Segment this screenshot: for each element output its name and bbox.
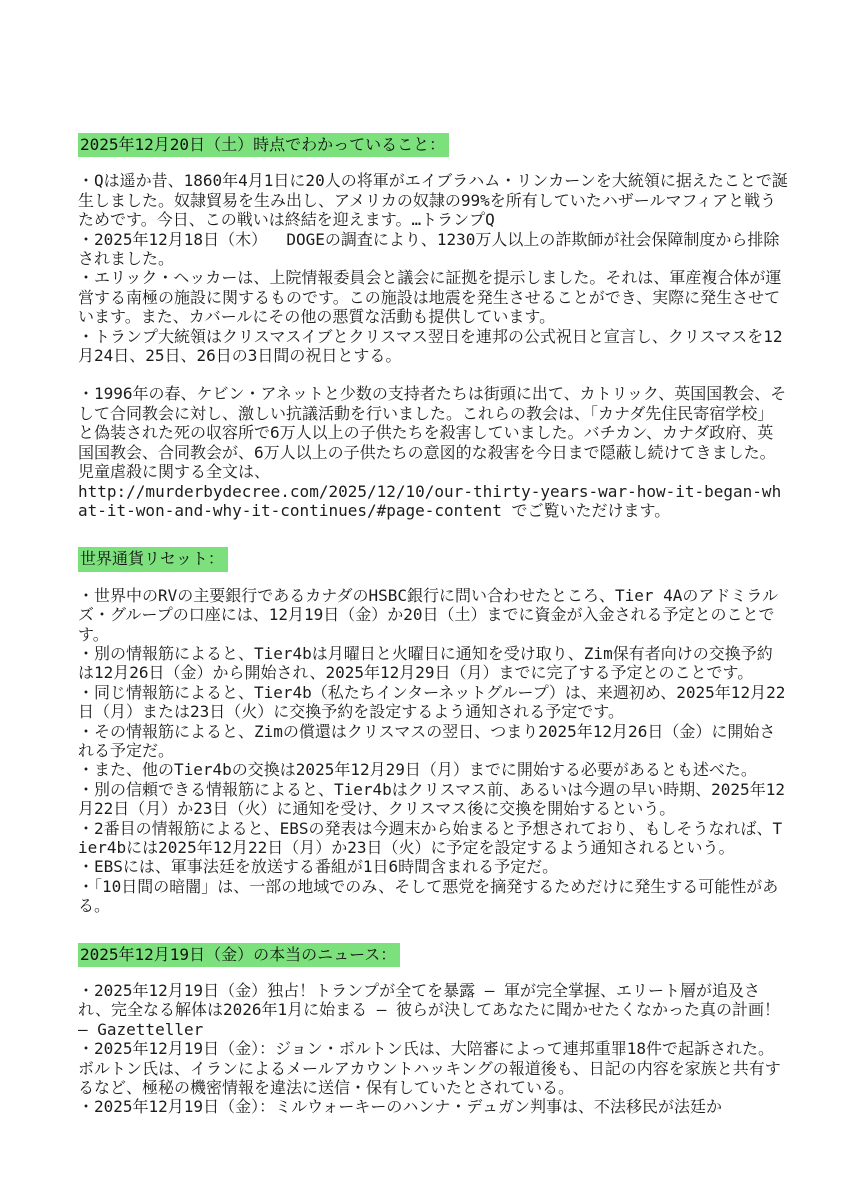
- bullet-item: ・2025年12月19日（金）独占！トランプが全てを暴露 — 軍が完全掌握、エリ…: [78, 981, 788, 1039]
- paragraph-block: ・世界中のRVの主要銀行であるカナダのHSBC銀行に問い合わせたところ、Tier…: [78, 586, 788, 916]
- paragraph-block: ・Qは遥か昔、1860年4月1日に20人の将軍がエイブラハム・リンカーンを大統領…: [78, 171, 788, 365]
- bullet-item: ・トランプ大統領はクリスマスイブとクリスマス翌日を連邦の公式祝日と宣言し、クリス…: [78, 327, 788, 366]
- section-0: 2025年12月20日（土）時点でわかっていること：・Qは遥か昔、1860年4月…: [78, 133, 788, 520]
- bullet-item: ・同じ情報筋によると、Tier4b（私たちインターネットグループ）は、来週初め、…: [78, 683, 788, 722]
- section-heading-line: 世界通貨リセット：: [78, 547, 788, 571]
- section-heading-line: 2025年12月20日（土）時点でわかっていること：: [78, 133, 788, 157]
- bullet-item: ・また、他のTier4bの交換は2025年12月29日（月）までに開始する必要が…: [78, 760, 788, 779]
- section-2: 2025年12月19日（金）の本当のニュース：・2025年12月19日（金）独占…: [78, 943, 788, 1117]
- bullet-item: ・別の情報筋によると、Tier4bは月曜日と火曜日に通知を受け取り、Zim保有者…: [78, 644, 788, 683]
- bullet-item: ・2025年12月19日（金）：ジョン・ボルトン氏は、大陪審によって連邦重罪18…: [78, 1039, 788, 1097]
- paragraph-block: ・1996年の春、ケビン・アネットと少数の支持者たちは街頭に出て、カトリック、英…: [78, 384, 788, 520]
- bullet-item: ・「10日間の暗闇」は、一部の地域でのみ、そして悪党を摘発するためだけに発生する…: [78, 877, 788, 916]
- bullet-item: ・エリック・ヘッカーは、上院情報委員会と議会に証拠を提示しました。それは、軍産複…: [78, 268, 788, 326]
- section-heading-line: 2025年12月19日（金）の本当のニュース：: [78, 943, 788, 967]
- paragraph-block: ・2025年12月19日（金）独占！トランプが全てを暴露 — 軍が完全掌握、エリ…: [78, 981, 788, 1117]
- bullet-item: ・2025年12月18日（木） DOGEの調査により、1230万人以上の詐欺師が…: [78, 230, 788, 269]
- section-heading: 2025年12月20日（土）時点でわかっていること：: [78, 133, 449, 157]
- section-heading: 2025年12月19日（金）の本当のニュース：: [78, 943, 400, 967]
- bullet-item: ・その情報筋によると、Zimの償還はクリスマスの翌日、つまり2025年12月26…: [78, 722, 788, 761]
- bullet-item: ・2番目の情報筋によると、EBSの発表は今週末から始まると予想されており、もしそ…: [78, 819, 788, 858]
- section-1: 世界通貨リセット：・世界中のRVの主要銀行であるカナダのHSBC銀行に問い合わせ…: [78, 547, 788, 915]
- bullet-item: ・別の信頼できる情報筋によると、Tier4bはクリスマス前、あるいは今週の早い時…: [78, 780, 788, 819]
- bullet-item: ・1996年の春、ケビン・アネットと少数の支持者たちは街頭に出て、カトリック、英…: [78, 384, 788, 520]
- bullet-item: ・Qは遥か昔、1860年4月1日に20人の将軍がエイブラハム・リンカーンを大統領…: [78, 171, 788, 229]
- bullet-item: ・世界中のRVの主要銀行であるカナダのHSBC銀行に問い合わせたところ、Tier…: [78, 586, 788, 644]
- section-heading: 世界通貨リセット：: [78, 547, 228, 571]
- bullet-item: ・2025年12月19日（金）：ミルウォーキーのハンナ・デュガン判事は、不法移民…: [78, 1097, 788, 1116]
- document-content: 2025年12月20日（土）時点でわかっていること：・Qは遥か昔、1860年4月…: [78, 133, 788, 1144]
- bullet-item: ・EBSには、軍事法廷を放送する番組が1日6時間含まれる予定だ。: [78, 857, 788, 876]
